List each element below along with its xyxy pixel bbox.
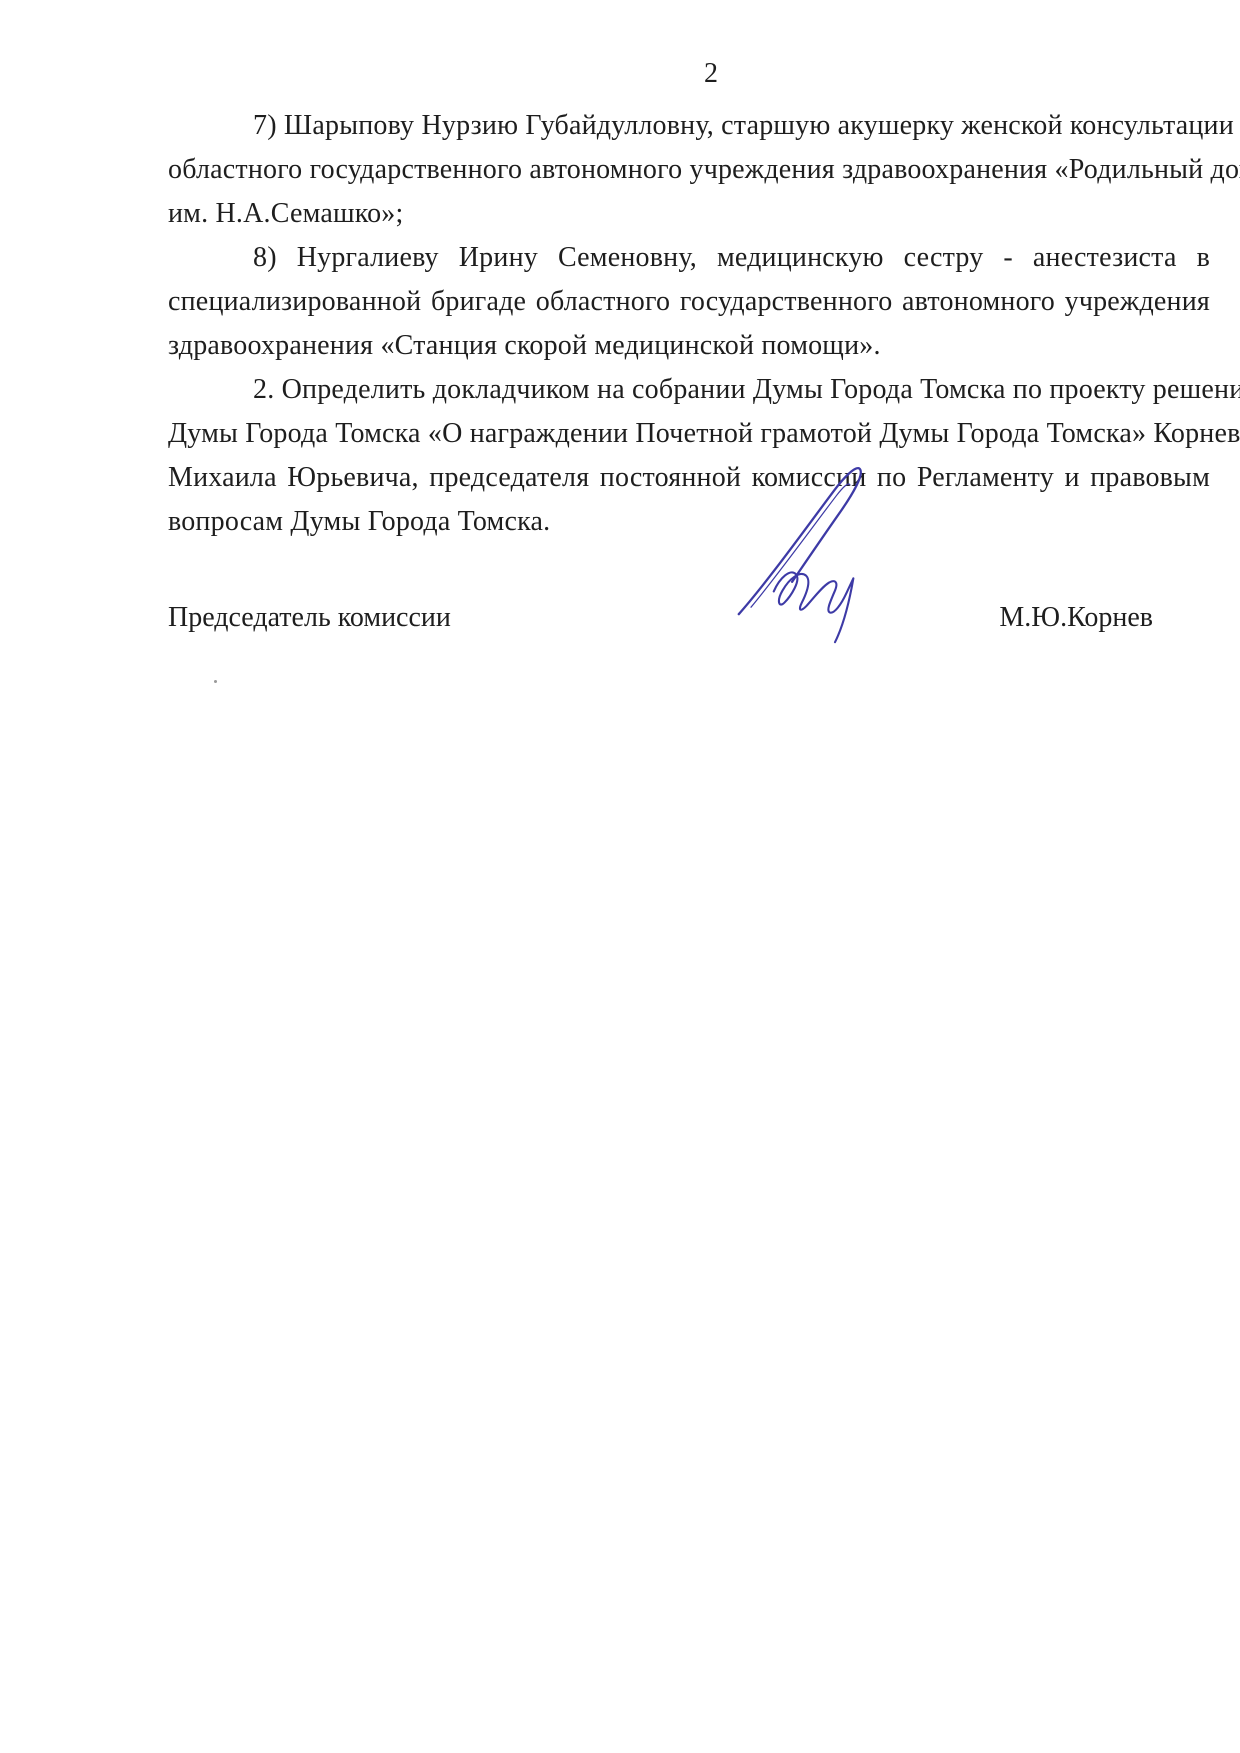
role-label: Председатель комиссии — [168, 596, 451, 640]
text-line: Думы Города Томска «О награждении Почетн… — [168, 412, 1210, 456]
paragraph-point-2: 2. Определить докладчиком на собрании Ду… — [168, 368, 1210, 544]
text-line: Михаила Юрьевича, председателя постоянно… — [168, 456, 1210, 500]
paragraph-item-7: 7) Шарыпову Нурзию Губайдулловну, старшу… — [168, 104, 1210, 236]
text-line: 8) Нургалиеву Ирину Семеновну, медицинск… — [168, 236, 1210, 280]
text-line: здравоохранения «Станция скорой медицинс… — [168, 324, 1210, 368]
text-line: 2. Определить докладчиком на собрании Ду… — [168, 368, 1210, 412]
document-page: 2 7) Шарыпову Нурзию Губайдулловну, стар… — [0, 0, 1240, 1753]
paragraph-item-8: 8) Нургалиеву Ирину Семеновну, медицинск… — [168, 236, 1210, 368]
text-line: вопросам Думы Города Томска. — [168, 500, 1210, 544]
signatory-name: М.Ю.Корнев — [999, 596, 1153, 640]
text-line: 7) Шарыпову Нурзию Губайдулловну, старшу… — [168, 104, 1210, 148]
text-line: им. Н.А.Семашко»; — [168, 192, 1210, 236]
scan-speck — [214, 680, 217, 683]
text-line: областного государственного автономного … — [168, 148, 1210, 192]
text-line: специализированной бригаде областного го… — [168, 280, 1210, 324]
page-number: 2 — [190, 56, 1232, 92]
handwritten-signature-icon — [730, 455, 870, 650]
document-body: 7) Шарыпову Нурзию Губайдулловну, старшу… — [168, 104, 1210, 544]
